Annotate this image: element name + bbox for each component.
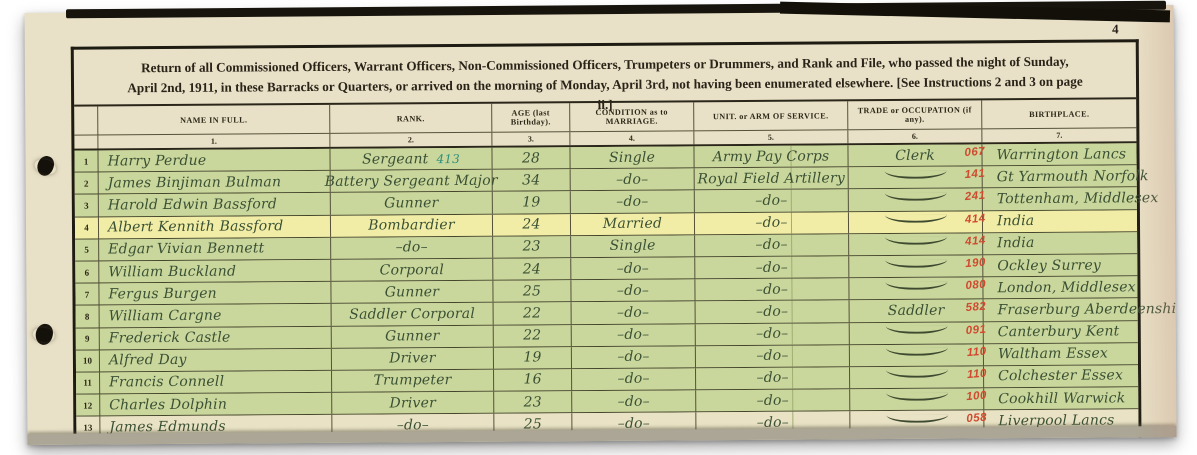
cell-birthplace: Canterbury Kent <box>984 321 1138 343</box>
cell-rank: Trumpeter <box>332 370 494 392</box>
cell-birthplace: Ockley Surrey <box>983 254 1137 276</box>
cell-trade: 414 <box>849 233 983 255</box>
cell-name: William Buckland <box>99 260 331 283</box>
row-number: 5 <box>75 239 99 260</box>
cell-unit: do <box>696 367 850 389</box>
column-num-blank <box>74 136 98 149</box>
cell-condition: Married <box>571 213 695 235</box>
column-header-condition: CONDITION as to MARRIAGE. <box>570 102 694 131</box>
cell-unit: do <box>695 256 849 278</box>
cell-rank: Driver <box>332 392 494 414</box>
column-header-trade: TRADE or OCCUPATION (if any). <box>848 100 982 129</box>
cell-trade: Clerk067 <box>848 144 982 166</box>
cell-trade: 100 <box>850 388 984 410</box>
page-number: 4 <box>1112 21 1119 37</box>
cell-condition: do <box>572 324 696 346</box>
cell-birthplace: India <box>983 232 1137 254</box>
cell-birthplace: Gt Yarmouth Norfolk <box>983 165 1149 187</box>
column-num: 6. <box>848 129 982 143</box>
cell-name: Francis Connell <box>100 371 332 394</box>
cell-unit: Royal Field Artillery <box>695 167 849 189</box>
cell-age: 24 <box>493 214 571 236</box>
blank-flourish <box>884 193 946 201</box>
enumeration-stamp: 190 <box>965 257 987 271</box>
cell-age: 22 <box>494 325 572 347</box>
blank-flourish <box>885 281 947 289</box>
cell-trade: 091 <box>850 322 984 344</box>
column-num: 1. <box>98 134 330 149</box>
cell-rank: Bombardier <box>331 214 493 236</box>
cell-age: 19 <box>493 192 571 214</box>
cell-trade: Saddler582 <box>850 300 984 322</box>
cell-birthplace: Cookhill Warwick <box>984 387 1138 409</box>
cell-unit: do <box>696 345 850 367</box>
cell-age: 16 <box>494 369 572 391</box>
cell-age: 34 <box>493 169 571 191</box>
row-number: 8 <box>76 306 100 327</box>
cell-rank: Gunner <box>332 325 494 347</box>
cell-condition: do <box>572 302 696 324</box>
row-number: 9 <box>76 328 100 349</box>
column-num: 3. <box>492 132 570 146</box>
blank-flourish <box>885 348 947 356</box>
enumeration-stamp: 100 <box>966 390 988 404</box>
enumeration-stamp: 241 <box>965 190 987 204</box>
form-border-box: Return of all Commissioned Officers, War… <box>71 39 1142 444</box>
column-num: 4. <box>570 131 694 145</box>
blank-flourish <box>884 215 946 223</box>
cell-name: Albert Kennith Bassford <box>99 215 331 238</box>
cell-unit: do <box>696 301 850 323</box>
cell-condition: do <box>571 191 695 213</box>
cell-name: Harold Edwin Bassford <box>99 193 331 216</box>
cell-condition: Single <box>570 146 694 168</box>
cell-name: Charles Dolphin <box>100 393 332 416</box>
column-num: 5. <box>694 130 848 144</box>
form-title: Return of all Commissioned Officers, War… <box>74 42 1136 106</box>
cell-age: 23 <box>493 236 571 258</box>
cell-condition: do <box>572 390 696 412</box>
column-header-rank: RANK. <box>330 104 492 133</box>
column-header-unit: UNIT. or ARM OF SERVICE. <box>694 101 848 130</box>
cell-birthplace: Warrington Lancs <box>982 143 1136 165</box>
blank-flourish <box>885 326 947 334</box>
row-number: 4 <box>75 217 99 238</box>
rank-annotation: 413 <box>436 152 460 166</box>
cell-birthplace: Waltham Essex <box>984 343 1138 365</box>
enumeration-stamp: 058 <box>966 412 988 426</box>
cell-trade: 241 <box>849 189 983 211</box>
enumeration-stamp: 091 <box>966 323 988 337</box>
cell-age: 24 <box>493 258 571 280</box>
cell-age: 19 <box>494 347 572 369</box>
cell-rank: Corporal <box>331 259 493 281</box>
row-number: 6 <box>75 261 99 282</box>
cell-unit: do <box>695 234 849 256</box>
enumeration-stamp: 110 <box>967 345 988 358</box>
cell-unit: Army Pay Corps <box>694 145 848 167</box>
blank-flourish <box>886 370 948 378</box>
cell-unit: do <box>695 190 849 212</box>
blank-flourish <box>886 392 948 400</box>
cell-trade: 110 <box>850 366 984 388</box>
cell-trade: 190 <box>849 255 983 277</box>
column-num: 7. <box>982 128 1136 142</box>
enumeration-stamp: 414 <box>965 212 987 226</box>
cell-age: 22 <box>494 303 572 325</box>
cell-rank: Sergeant413 <box>330 148 492 170</box>
cell-age: 25 <box>493 280 571 302</box>
cell-age: 23 <box>494 391 572 413</box>
census-page: 4 Return of all Commissioned Officers, W… <box>25 5 1177 445</box>
enumeration-stamp: 080 <box>965 279 987 293</box>
cell-name: Fergus Burgen <box>99 282 331 305</box>
cell-rank: Battery Sergeant Major <box>331 170 493 192</box>
enumeration-stamp: 141 <box>965 168 987 182</box>
cell-condition: do <box>571 279 695 301</box>
cell-unit: do <box>695 212 849 234</box>
binder-hole-icon <box>35 154 56 178</box>
cell-trade: 141 <box>849 167 983 189</box>
column-corner <box>74 107 98 135</box>
binder-hole-icon <box>34 323 54 347</box>
cell-rank: do <box>331 237 493 259</box>
cell-rank: Driver <box>332 347 494 369</box>
cell-unit: do <box>696 323 850 345</box>
table-body: 1Harry PerdueSergeant41328SingleArmy Pay… <box>74 143 1138 439</box>
cell-name: Edgar Vivian Bennett <box>99 238 331 261</box>
cell-condition: do <box>571 169 695 191</box>
blank-flourish <box>885 237 947 245</box>
row-number: 1 <box>74 151 98 172</box>
enumeration-stamp: 414 <box>965 234 987 248</box>
row-number: 10 <box>76 350 100 371</box>
cell-condition: Single <box>571 235 695 257</box>
row-number: 3 <box>75 195 99 216</box>
cell-age: 28 <box>492 147 570 169</box>
cell-name: Alfred Day <box>100 349 332 372</box>
column-num: 2. <box>330 133 492 147</box>
enumeration-stamp: 582 <box>965 301 987 315</box>
cell-name: William Cargne <box>100 304 332 327</box>
cell-rank: Saddler Corporal <box>332 303 494 325</box>
cell-birthplace: India <box>983 210 1137 232</box>
cell-condition: do <box>571 257 695 279</box>
cell-trade: 110 <box>850 344 984 366</box>
column-header-birthplace: BIRTHPLACE. <box>982 99 1136 128</box>
blank-flourish <box>886 414 948 422</box>
enumeration-stamp: 067 <box>964 146 986 160</box>
cell-condition: do <box>572 346 696 368</box>
cell-name: Frederick Castle <box>100 326 332 349</box>
cell-condition: do <box>572 368 696 390</box>
cell-birthplace: London, Middlesex <box>983 276 1137 298</box>
cell-name: James Binjiman Bulman <box>99 171 331 194</box>
cell-rank: Gunner <box>331 281 493 303</box>
row-number: 2 <box>75 173 99 194</box>
column-header-age: AGE (last Birthday). <box>492 103 570 132</box>
row-number: 7 <box>75 284 99 305</box>
cell-trade: 080 <box>849 277 983 299</box>
cell-trade: 414 <box>849 211 983 233</box>
blank-flourish <box>885 259 947 267</box>
cell-birthplace: Tottenham, Middlesex <box>983 187 1159 209</box>
cell-rank: Gunner <box>331 192 493 214</box>
blank-flourish <box>884 170 946 178</box>
enumeration-stamp: 110 <box>967 368 988 381</box>
cell-unit: do <box>695 278 849 300</box>
cell-name: Harry Perdue <box>98 149 330 172</box>
row-number: 12 <box>76 395 100 416</box>
row-number: 11 <box>76 372 100 393</box>
cell-birthplace: Colchester Essex <box>984 365 1138 387</box>
cell-unit: do <box>696 389 850 411</box>
column-header-name: NAME IN FULL. <box>98 105 330 135</box>
cell-birthplace: Fraserburg Aberdeenshire <box>984 298 1177 321</box>
